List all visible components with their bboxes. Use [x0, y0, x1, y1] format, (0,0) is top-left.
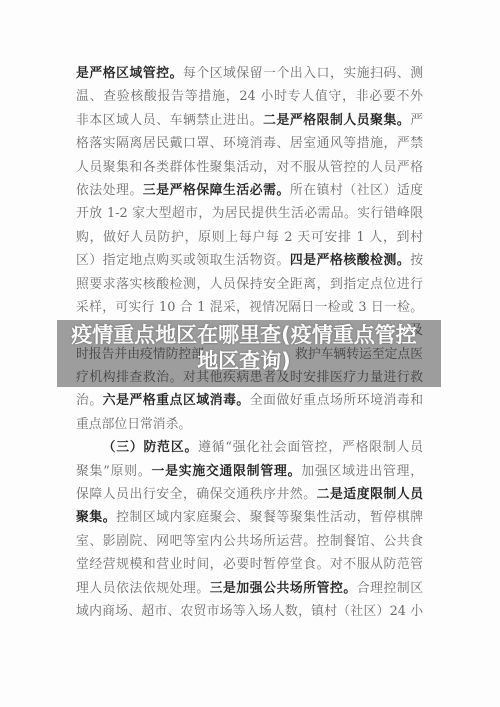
bold-heading: 一是实施交通限制管理。	[151, 464, 301, 479]
text-segment: 区）指定地点购买或领取生活物资。	[76, 253, 290, 268]
document-line: 聚集”原则。一是实施交通限制管理。加强区域进出管理，	[76, 460, 423, 483]
text-segment: 合理控制区	[357, 581, 423, 596]
document-line: 堂经营规模和营业时间，必要时暂停堂食。对不服从防范管	[76, 553, 423, 576]
text-segment: 非本区域人员、车辆禁止进出。	[76, 113, 263, 128]
bold-heading: 聚集。	[76, 510, 116, 525]
text-segment: 遵循“强化社会面管控，严格限制人员	[198, 440, 423, 455]
section-heading-line: （三）防范区。遵循“强化社会面管控，严格限制人员	[76, 436, 423, 459]
document-line: 非本区域人员、车辆禁止进出。二是严格限制人员聚集。严	[76, 109, 423, 132]
bold-heading: 三是加强公共场所管控。	[210, 581, 357, 596]
bold-heading: 二是严格限制人员聚集。	[263, 113, 410, 128]
document-line: 照要求落实核酸检测，人员保持安全距离，到指定点位进行	[76, 273, 423, 296]
text-segment: 开放 1-2 家大型超市，为居民提供生活必需品。实行错峰限	[76, 206, 423, 221]
document-line: 理人员依法依规处理。三是加强公共场所管控。合理控制区	[76, 577, 423, 600]
text-segment: 按	[410, 253, 423, 268]
document-line: 区）指定地点购买或领取生活物资。四是严格核酸检测。按	[76, 249, 423, 272]
text-segment: 室、影剧院、网吧等室内公共场所运营。控制餐馆、公共食	[76, 534, 423, 549]
text-segment: 堂经营规模和营业时间，必要时暂停堂食。对不服从防范管	[76, 557, 423, 572]
bold-heading: 是严格区域管控。	[76, 66, 183, 81]
document-line: 治。六是严格重点区域消毒。全面做好重点场所环境消毒和	[76, 389, 423, 412]
text-segment: 重点部位日常消杀。	[76, 417, 191, 432]
title-line: 疫情重点地区在哪里查(疫情重点管控	[57, 322, 431, 348]
document-line: 聚集。控制区域内家庭聚会、聚餐等聚集性活动，暂停棋牌	[76, 506, 423, 529]
text-segment: 严	[410, 113, 423, 128]
text-segment: 域内商场、超市、农贸市场等入场人数，镇村（社区）24 小	[76, 604, 423, 619]
document-line: 开放 1-2 家大型超市，为居民提供生活必需品。实行错峰限	[76, 202, 423, 225]
title-line: 地区查询)	[57, 348, 431, 374]
document-line: 格落实隔离居民戴口罩、环境消毒、居室通风等措施，严禁	[76, 132, 423, 155]
document-line: 保障人员出行安全，确保交通秩序井然。二是适度限制人员	[76, 483, 423, 506]
text-segment: 加强区域进出管理，	[301, 464, 423, 479]
text-segment: 保障人员出行安全，确保交通秩序井然。	[76, 487, 317, 502]
document-line: 人员聚集和各类群体性聚集活动，对不服从管控的人员严格	[76, 156, 423, 179]
document-line: 依法处理。三是严格保障生活必需。所在镇村（社区）适度	[76, 179, 423, 202]
document-line: 域内商场、超市、农贸市场等入场人数，镇村（社区）24 小	[76, 600, 423, 623]
text-segment: 治。	[76, 393, 103, 408]
text-segment: 温、查验核酸报告等措施，24 小时专人值守，非必要不外出，	[76, 89, 423, 108]
document-line: 温、查验核酸报告等措施，24 小时专人值守，非必要不外出，	[76, 85, 423, 108]
document-line: 是严格区域管控。每个区域保留一个出入口，实施扫码、测	[76, 62, 423, 85]
text-segment: 依法处理。	[76, 183, 143, 198]
text-segment: 全面做好重点场所环境消毒和	[250, 393, 423, 408]
text-segment: 购，做好人员防护，原则上每户每 2 天可安排 1 人，到村（社	[76, 230, 423, 249]
document-line: 购，做好人员防护，原则上每户每 2 天可安排 1 人，到村（社	[76, 226, 423, 249]
text-segment: 所在镇村（社区）适度	[290, 183, 423, 198]
document-page: 是严格区域管控。每个区域保留一个出入口，实施扫码、测 温、查验核酸报告等措施，2…	[0, 0, 500, 707]
text-segment: 理人员依法依规处理。	[76, 581, 210, 596]
bold-heading: 二是适度限制人员	[317, 487, 423, 502]
text-segment: 照要求落实核酸检测，人员保持安全距离，到指定点位进行	[76, 277, 423, 292]
document-line: 采样，可实行 10 合 1 混采，视情况隔日一检或 3 日一检。	[76, 296, 423, 319]
bold-heading: 六是严格重点区域消毒。	[103, 393, 250, 408]
section-heading: （三）防范区。	[103, 440, 199, 455]
document-line: 室、影剧院、网吧等室内公共场所运营。控制餐馆、公共食	[76, 530, 423, 553]
text-segment: 采样，可实行 10 合 1 混采，视情况隔日一检或 3 日一检。	[76, 300, 423, 315]
title-banner: 疫情重点地区在哪里查(疫情重点管控 地区查询)	[57, 320, 441, 387]
bold-heading: 四是严格核酸检测。	[290, 253, 410, 268]
bold-heading: 三是严格保障生活必需。	[143, 183, 290, 198]
text-segment: 每个区域保留一个出入口，实施扫码、测	[183, 66, 423, 81]
text-segment: 格落实隔离居民戴口罩、环境消毒、居室通风等措施，严禁	[76, 136, 423, 151]
text-segment: 人员聚集和各类群体性聚集活动，对不服从管控的人员严格	[76, 160, 423, 175]
document-line: 重点部位日常消杀。	[76, 413, 423, 436]
text-segment: 聚集”原则。	[76, 464, 151, 479]
text-segment: 控制区域内家庭聚会、聚餐等聚集性活动，暂停棋牌	[116, 510, 423, 525]
